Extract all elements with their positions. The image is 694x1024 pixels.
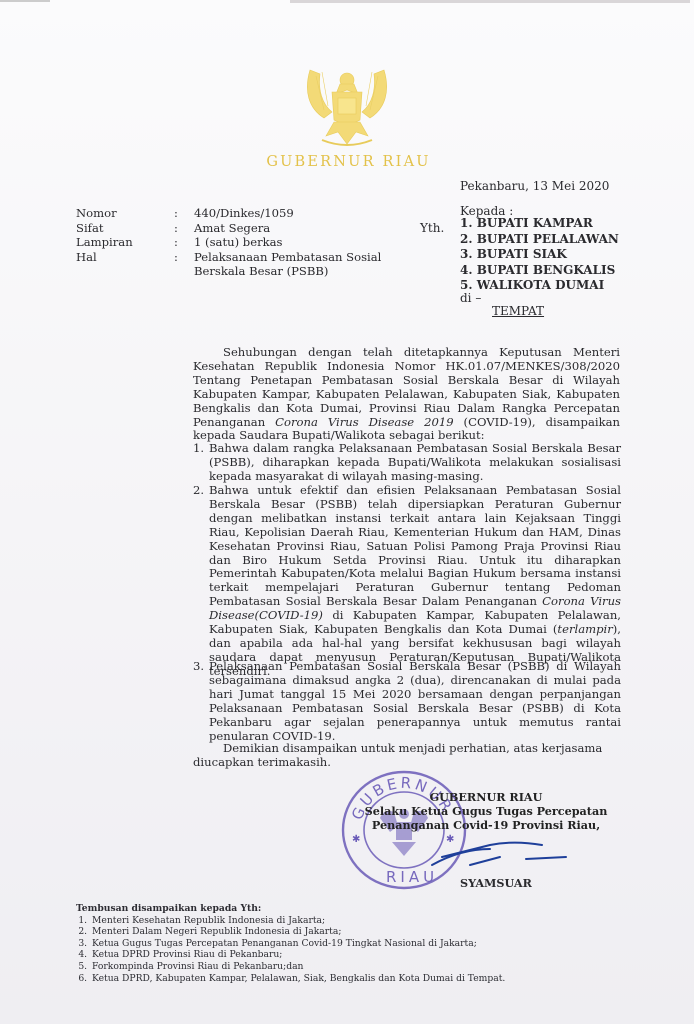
handwritten-signature-icon: [430, 835, 570, 875]
meta-row-lampiran: Lampiran : 1 (satu) berkas: [76, 236, 424, 251]
tembusan-item: Ketua DPRD, Kabupaten Kampar, Pelalawan,…: [90, 973, 505, 985]
item-text-part: Bahwa untuk efektif dan efisien Pelaksan…: [209, 483, 621, 608]
meta-row-sifat: Sifat : Amat Segera: [76, 222, 424, 237]
body-item-1: 1. Bahwa dalam rangka Pelaksanaan Pembat…: [193, 442, 621, 484]
body-item-3: 3. Pelaksanaan Pembatasan Sosial Berskal…: [193, 660, 621, 743]
paper-edge: [0, 0, 50, 2]
item-italic: terlampir: [557, 622, 612, 636]
body-item-2: 2. Bahwa untuk efektif dan efisien Pelak…: [193, 484, 621, 679]
meta-row-hal: Hal : Pelaksanaan Pembatasan Sosial: [76, 251, 424, 266]
intro-text: Kabupaten Kampar, Kabupaten Pelalawan, K…: [193, 387, 551, 401]
signatory-role: Penanganan Covid-19 Provinsi Riau,: [355, 818, 617, 832]
yth-label: Yth.: [420, 222, 444, 236]
tembusan-item: Ketua DPRD Provinsi Riau di Pekanbaru;: [90, 949, 505, 961]
recipient-item: 1. BUPATI KAMPAR: [460, 216, 619, 232]
intro-text: Tentang Penetapan Pembatasan Sosial Bers…: [193, 373, 620, 387]
place-date: Pekanbaru, 13 Mei 2020: [460, 180, 609, 194]
intro-text: (COVID-19),: [454, 415, 536, 429]
di-label: di –: [460, 292, 481, 306]
tembusan-heading: Tembusan disampaikan kepada Yth:: [76, 903, 505, 915]
item-text: Pelaksanaan Pembatasan Sosial Berskala B…: [209, 660, 621, 743]
meta-value: 1 (satu) berkas: [194, 236, 424, 251]
tempat-label: TEMPAT: [492, 305, 544, 319]
meta-sep: :: [174, 236, 194, 251]
tembusan-item: Menteri Kesehatan Republik Indonesia di …: [90, 915, 505, 927]
tembusan-item: Menteri Dalam Negeri Republik Indonesia …: [90, 926, 505, 938]
recipient-item: 2. BUPATI PELALAWAN: [460, 232, 619, 248]
signature-block: GUBERNUR RIAU Selaku Ketua Gugus Tugas P…: [355, 790, 617, 832]
letterhead-title: GUBERNUR RIAU: [256, 154, 441, 170]
item-text: Bahwa dalam rangka Pelaksanaan Pembatasa…: [209, 442, 621, 484]
intro-text: Sehubungan dengan telah ditetapkannya Ke…: [223, 345, 620, 359]
recipient-item: 3. BUPATI SIAK: [460, 247, 619, 263]
meta-sep: :: [174, 251, 194, 266]
item-text: Bahwa untuk efektif dan efisien Pelaksan…: [209, 484, 621, 679]
item-number: 2.: [193, 484, 204, 498]
tembusan-item: Forkompinda Provinsi Riau di Pekanbaru;d…: [90, 961, 505, 973]
closing-paragraph: Demikian disampaikan untuk menjadi perha…: [193, 741, 623, 769]
signatory-title: GUBERNUR RIAU: [355, 790, 617, 804]
meta-sep: :: [174, 222, 194, 237]
closing-line: diucapkan terimakasih.: [193, 755, 623, 769]
tembusan-item: Ketua Gugus Tugas Percepatan Penanganan …: [90, 938, 505, 950]
meta-value: Berskala Besar (PSBB): [194, 265, 424, 280]
signatory-name: SYAMSUAR: [460, 876, 532, 890]
meta-value: 440/Dinkes/1059: [194, 207, 424, 222]
svg-text:✱: ✱: [352, 834, 360, 845]
meta-label: Lampiran: [76, 236, 174, 251]
meta-row-hal-cont: Berskala Besar (PSBB): [76, 265, 424, 280]
meta-label: Sifat: [76, 222, 174, 237]
meta-value: Pelaksanaan Pembatasan Sosial: [194, 251, 424, 266]
meta-row-nomor: Nomor : 440/Dinkes/1059: [76, 207, 424, 222]
intro-paragraph: Sehubungan dengan telah ditetapkannya Ke…: [193, 346, 620, 443]
meta-label: [76, 265, 174, 280]
item-number: 3.: [193, 660, 204, 674]
item-number: 1.: [193, 442, 204, 456]
letter-page: GUBERNUR RIAU Pekanbaru, 13 Mei 2020 Nom…: [0, 0, 694, 1024]
signatory-role: Selaku Ketua Gugus Tugas Percepatan: [355, 804, 617, 818]
paper-edge: [290, 0, 690, 3]
garuda-emblem-icon: [302, 60, 392, 152]
recipient-item: 4. BUPATI BENGKALIS: [460, 263, 619, 279]
meta-value: Amat Segera: [194, 222, 424, 237]
meta-sep: [174, 265, 194, 280]
body-intro: Sehubungan dengan telah ditetapkannya Ke…: [193, 346, 620, 443]
meta-label: Nomor: [76, 207, 174, 222]
letter-meta: Nomor : 440/Dinkes/1059 Sifat : Amat Seg…: [76, 207, 424, 280]
tembusan-list: Menteri Kesehatan Republik Indonesia di …: [76, 915, 505, 985]
meta-label: Hal: [76, 251, 174, 266]
intro-italic: Corona Virus Disease 2019: [275, 415, 453, 429]
closing-line: Demikian disampaikan untuk menjadi perha…: [193, 741, 623, 755]
tembusan-section: Tembusan disampaikan kepada Yth: Menteri…: [76, 903, 505, 984]
meta-sep: :: [174, 207, 194, 222]
intro-text: Kesehatan Republik Indonesia Nomor HK.01…: [193, 359, 620, 373]
recipient-list: 1. BUPATI KAMPAR 2. BUPATI PELALAWAN 3. …: [460, 216, 619, 294]
recipient-item: 5. WALIKOTA DUMAI: [460, 278, 619, 294]
